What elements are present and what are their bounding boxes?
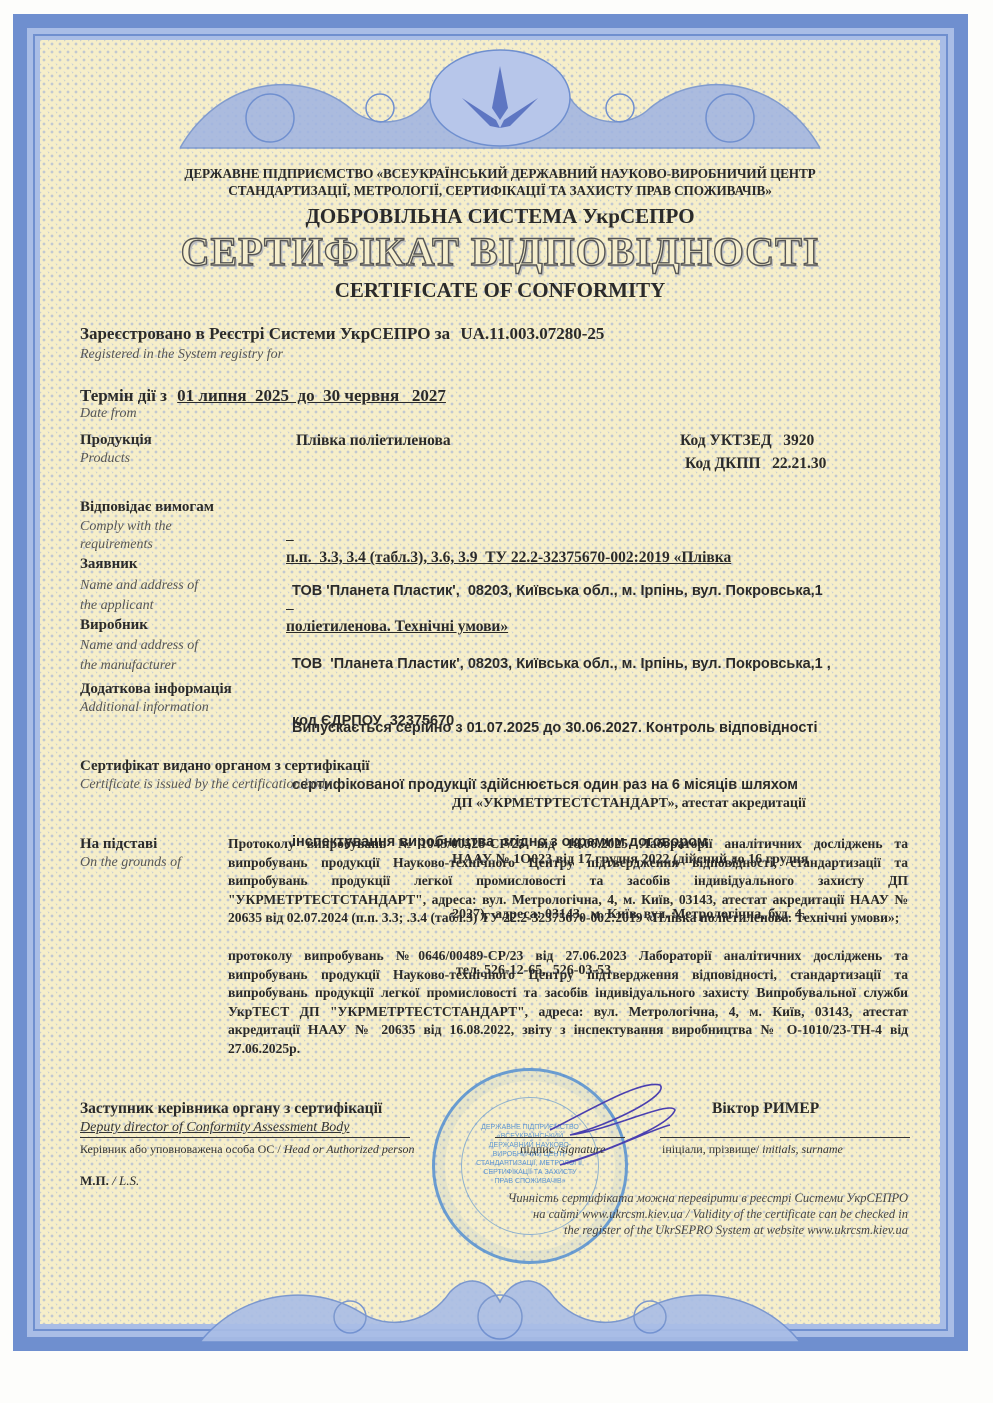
- signatory-position: Заступник керівника органу з сертифікаці…: [80, 1100, 382, 1118]
- registration-label: Зареєстровано в Реєстрі Системи УкрСЕПРО…: [80, 324, 450, 343]
- organization-line-2: СТАНДАРТИЗАЦІЇ, МЕТРОЛОГІЇ, СЕРТИФІКАЦІЇ…: [100, 182, 900, 199]
- note-line-2: на сайті www.ukrcsm.kiev.ua / Validity o…: [448, 1206, 908, 1222]
- validity-check-note: Чинність сертифіката можна перевірити в …: [448, 1190, 908, 1238]
- requirements-label-en-1: Comply with the: [80, 518, 172, 536]
- applicant-value: ТОВ 'Планета Пластик', 08203, Київська о…: [292, 582, 823, 601]
- grounds-label-en: On the grounds of: [80, 855, 181, 871]
- manufacturer-label: Виробник: [80, 617, 148, 634]
- bottom-ornament-icon: [200, 1262, 800, 1352]
- applicant-label: Заявник: [80, 556, 138, 573]
- certificate-title: СЕРТИФІКАТ ВІДПОВІДНОСТІ: [100, 228, 900, 275]
- code-dkpp: Код ДКПП 22.21.30: [685, 455, 826, 473]
- applicant-label-en-1: Name and address of: [80, 576, 198, 596]
- caption-name-ua: ініціали, прізвище/: [662, 1142, 762, 1156]
- signature-line-name: [660, 1137, 910, 1138]
- caption-name: ініціали, прізвище/ initials, surname: [662, 1142, 843, 1157]
- requirements-label-en: Comply with the requirements: [80, 518, 172, 554]
- requirements-line-1: п.п. 3.3, 3.4 (табл.3), 3.6, 3.9 ТУ 22.2…: [286, 546, 731, 569]
- requirements-label-en-2: requirements: [80, 536, 172, 554]
- system-name: ДОБРОВІЛЬНА СИСТЕМА УкрСЕПРО: [100, 204, 900, 229]
- manufacturer-label-en: Name and address of the manufacturer: [80, 636, 198, 676]
- additional-info-label-en: Additional information: [80, 700, 209, 716]
- code-uktzed: Код УКТЗЕД 3920: [680, 432, 814, 450]
- registration-number: UA.11.003.07280-25: [460, 324, 604, 343]
- manufacturer-line-1: ТОВ 'Планета Пластик', 08203, Київська о…: [292, 655, 831, 674]
- caption-head: Керівник або уповноважена особа ОС / Hea…: [80, 1142, 415, 1157]
- seal-label-en: / L.S.: [109, 1173, 139, 1188]
- organization-line-1: ДЕРЖАВНЕ ПІДПРИЄМСТВО «ВСЕУКРАЇНСЬКИЙ ДЕ…: [100, 165, 900, 182]
- issuer-label: Сертифікат видано органом з сертифікації: [80, 758, 370, 775]
- ukrsepro-emblem-icon: [180, 38, 820, 156]
- grounds-paragraph-2: протоколу випробувань №0646/00489-СР/23 …: [228, 947, 908, 1059]
- validity-label: Термін дії з: [80, 386, 167, 405]
- additional-info-label: Додаткова інформація: [80, 681, 232, 698]
- issuer-label-en: Certificate is issued by the certificati…: [80, 777, 331, 793]
- caption-head-ua: Керівник або уповноважена особа ОС /: [80, 1142, 284, 1156]
- grounds-paragraph-1: Протоколу випробувань №1043/00528-СР/25 …: [228, 835, 908, 928]
- caption-sign-ua: підпис /: [520, 1142, 560, 1156]
- caption-sign-en: signature: [560, 1142, 605, 1156]
- issuing-organization: ДЕРЖАВНЕ ПІДПРИЄМСТВО «ВСЕУКРАЇНСЬКИЙ ДЕ…: [100, 165, 900, 199]
- grounds-label: На підставі: [80, 836, 157, 853]
- registration-label-en: Registered in the System registry for: [80, 347, 283, 363]
- requirements-label: Відповідає вимогам: [80, 499, 214, 516]
- manufacturer-label-en-1: Name and address of: [80, 636, 198, 656]
- validity-row: Термін дії з 01 липня 2025 до 30 червня …: [80, 386, 446, 406]
- product-label: Продукція: [80, 432, 152, 449]
- signatory-name: Віктор РИМЕР: [712, 1100, 819, 1118]
- certificate-title-en: CERTIFICATE OF CONFORMITY: [100, 278, 900, 303]
- manufacturer-label-en-2: the manufacturer: [80, 656, 198, 676]
- product-name: Плівка поліетиленова: [296, 432, 451, 450]
- validity-label-en: Date from: [80, 406, 137, 422]
- validity-period: 01 липня 2025 до 30 червня 2027: [177, 386, 446, 405]
- applicant-label-en-2: the applicant: [80, 596, 198, 616]
- note-line-3: the register of the UkrSEPRO System at w…: [448, 1222, 908, 1238]
- signature-icon: [530, 1070, 680, 1190]
- seal-label-ua: М.П.: [80, 1173, 109, 1188]
- caption-head-en: Head or Authorized person: [284, 1142, 415, 1156]
- product-label-en: Products: [80, 451, 130, 467]
- note-line-1: Чинність сертифіката можна перевірити в …: [448, 1190, 908, 1206]
- seal-label: М.П. / L.S.: [80, 1173, 139, 1189]
- additional-line-1: Випускається серійно з 01.07.2025 до 30.…: [292, 719, 818, 738]
- caption-signature: підпис /signature: [520, 1142, 605, 1157]
- signature-line-sign: [495, 1137, 625, 1138]
- issuer-line-1: ДП «УКРМЕТРТЕСТСТАНДАРТ», атестат акреди…: [452, 795, 808, 814]
- signatory-position-en: Deputy director of Conformity Assessment…: [80, 1120, 349, 1136]
- caption-name-en: initials, surname: [762, 1142, 843, 1156]
- signature-line-head: [80, 1137, 410, 1138]
- applicant-label-en: Name and address of the applicant: [80, 576, 198, 616]
- registration-row: Зареєстровано в Реєстрі Системи УкрСЕПРО…: [80, 324, 604, 344]
